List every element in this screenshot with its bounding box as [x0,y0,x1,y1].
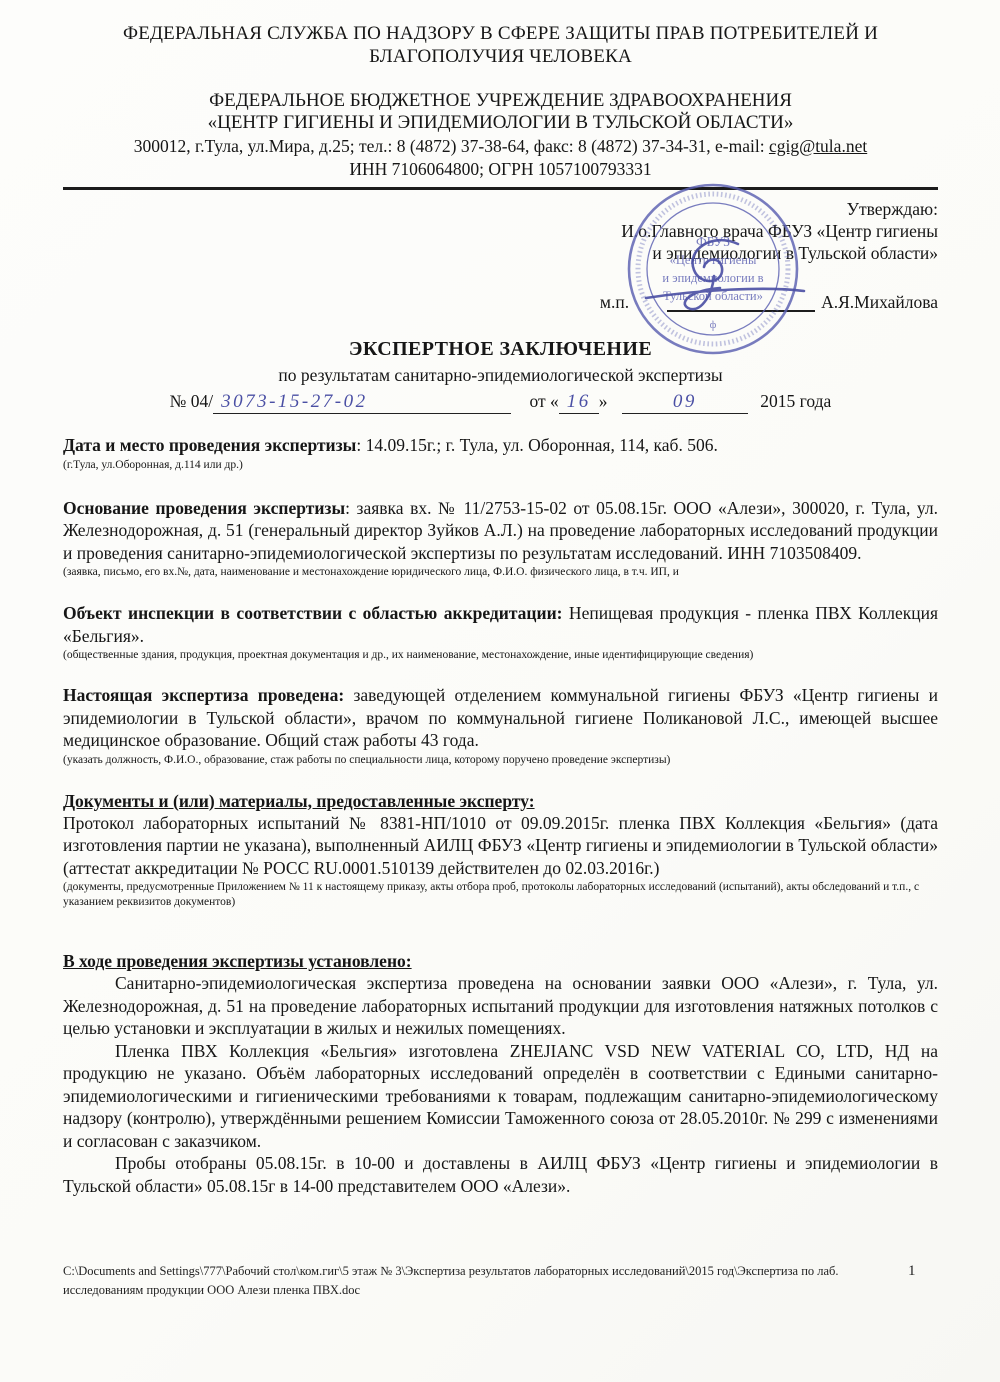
section-note: (г.Тула, ул.Оборонная, д.114 или др.) [63,458,938,473]
section-note: (общественные здания, продукция, проектн… [63,648,938,663]
handwritten-number: 3073-15-27-02 [221,391,367,412]
section-expert: Настоящая экспертиза проведена: заведующ… [63,684,938,768]
section-text: Протокол лабораторных испытаний № 8381-Н… [63,812,938,880]
title-block: ЭКСПЕРТНОЕ ЗАКЛЮЧЕНИЕ по результатам сан… [63,338,938,414]
number-prefix: № 04/ [170,391,213,411]
paragraph: Пробы отобраны 05.08.15г. в 10-00 и дост… [63,1152,938,1197]
federal-service-line2: БЛАГОПОЛУЧИЯ ЧЕЛОВЕКА [63,45,938,68]
section-note: (документы, предусмотренные Приложением … [63,880,938,910]
section-label: Настоящая экспертиза проведена: [63,685,344,705]
doc-subtitle: по результатам санитарно-эпидемиологичес… [63,365,938,386]
org-name-line2: «ЦЕНТР ГИГИЕНЫ И ЭПИДЕМИОЛОГИИ В ТУЛЬСКО… [63,112,938,134]
paragraph: Санитарно-эпидемиологическая экспертиза … [63,972,938,1040]
org-name-line1: ФЕДЕРАЛЬНОЕ БЮДЖЕТНОЕ УЧРЕЖДЕНИЕ ЗДРАВОО… [63,90,938,112]
handwritten-day: 16 [567,391,591,412]
page-number: 1 [908,1263,916,1280]
handwritten-month: 09 [673,391,697,412]
section-note: (указать должность, Ф.И.О., образование,… [63,753,938,768]
inn-ogrn-line: ИНН 7106064800; ОГРН 1057100793331 [63,159,938,180]
approve-label: Утверждаю: [63,198,938,220]
document-page: ФЕДЕРАЛЬНАЯ СЛУЖБА ПО НАДЗОРУ В СФЕРЕ ЗА… [0,0,1000,1382]
section-basis: Основание проведения экспертизы: заявка … [63,497,938,581]
from-label: от « [529,391,558,411]
email-text: cgig@tula.net [769,136,867,156]
address-line: 300012, г.Тула, ул.Мира, д.25; тел.: 8 (… [63,136,938,157]
approval-block: Утверждаю: И.о.Главного врача ФБУЗ «Цент… [63,198,938,264]
year-suffix: 2015 года [760,391,831,411]
doc-title: ЭКСПЕРТНОЕ ЗАКЛЮЧЕНИЕ [63,338,938,361]
mp-label: м.п. [600,292,629,312]
doc-number-line: № 04/3073-15-27-02 от «16» 09 2015 года [63,391,938,414]
signature-line [667,292,815,312]
approver-title-line1: И.о.Главного врача ФБУЗ «Центр гигиены [63,220,938,242]
quote-close: » [599,391,608,411]
section-label: Объект инспекции в соответствии с област… [63,603,563,623]
section-label: Дата и место проведения экспертизы [63,435,356,455]
section-note: (заявка, письмо, его вх.№, дата, наимено… [63,565,938,580]
approver-title-line2: и эпидемиологии в Тульской области» [63,242,938,264]
section-findings: В ходе проведения экспертизы установлено… [63,950,938,1197]
section-object: Объект инспекции в соответствии с област… [63,602,938,663]
section-label: Основание проведения экспертизы [63,498,345,518]
section-documents: Документы и (или) материалы, предоставле… [63,790,938,911]
section-heading: В ходе проведения экспертизы установлено… [63,950,938,972]
signature-row: м.п. А.Я.Михайлова [63,292,938,312]
footer-path: С:\Documents and Settings\777\Рабочий ст… [63,1262,875,1300]
section-text: : 14.09.15г.; г. Тула, ул. Оборонная, 11… [356,435,718,455]
section-heading: Документы и (или) материалы, предоставле… [63,790,938,812]
federal-service-line1: ФЕДЕРАЛЬНАЯ СЛУЖБА ПО НАДЗОРУ В СФЕРЕ ЗА… [63,22,938,45]
approver-name: А.Я.Михайлова [821,292,938,312]
separator-rule [63,187,938,190]
paragraph: Пленка ПВХ Коллекция «Бельгия» изготовле… [63,1040,938,1153]
section-date-place: Дата и место проведения экспертизы: 14.0… [63,434,938,473]
